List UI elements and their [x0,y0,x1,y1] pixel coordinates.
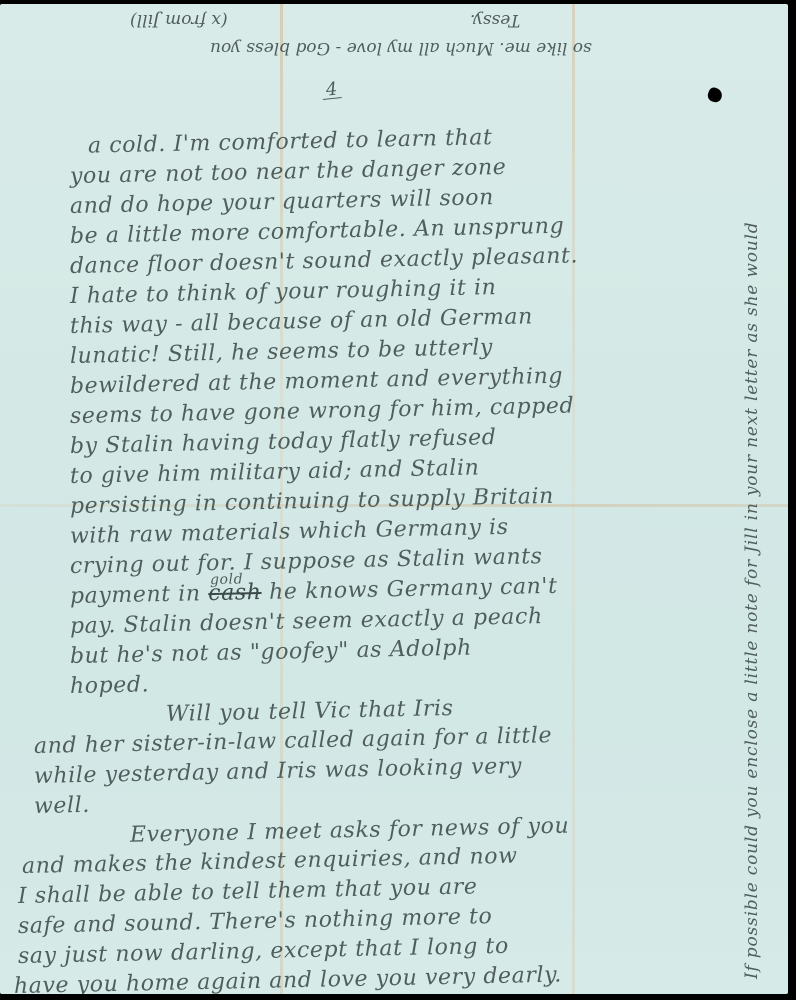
postscript-line-jill: (x from Jill) [130,10,228,30]
letter-page: so like me. Much all my love - God bless… [0,4,788,994]
letter-fragment: he knows Germany can't [269,574,558,605]
margin-note-vertical: If possible could you enclose a little n… [742,222,762,979]
letter-fragment: payment in [70,581,201,609]
postscript-signature: Tessy. [470,10,520,30]
letter-body: a cold. I'm comforted to learn that you … [70,132,750,994]
page-number: 4 [321,81,342,100]
paper-tear-hole [706,86,724,104]
postscript-line-closing: so like me. Much all my love - God bless… [210,38,592,58]
inserted-word: gold [210,564,244,595]
handwritten-correction: gold cash [208,578,262,609]
